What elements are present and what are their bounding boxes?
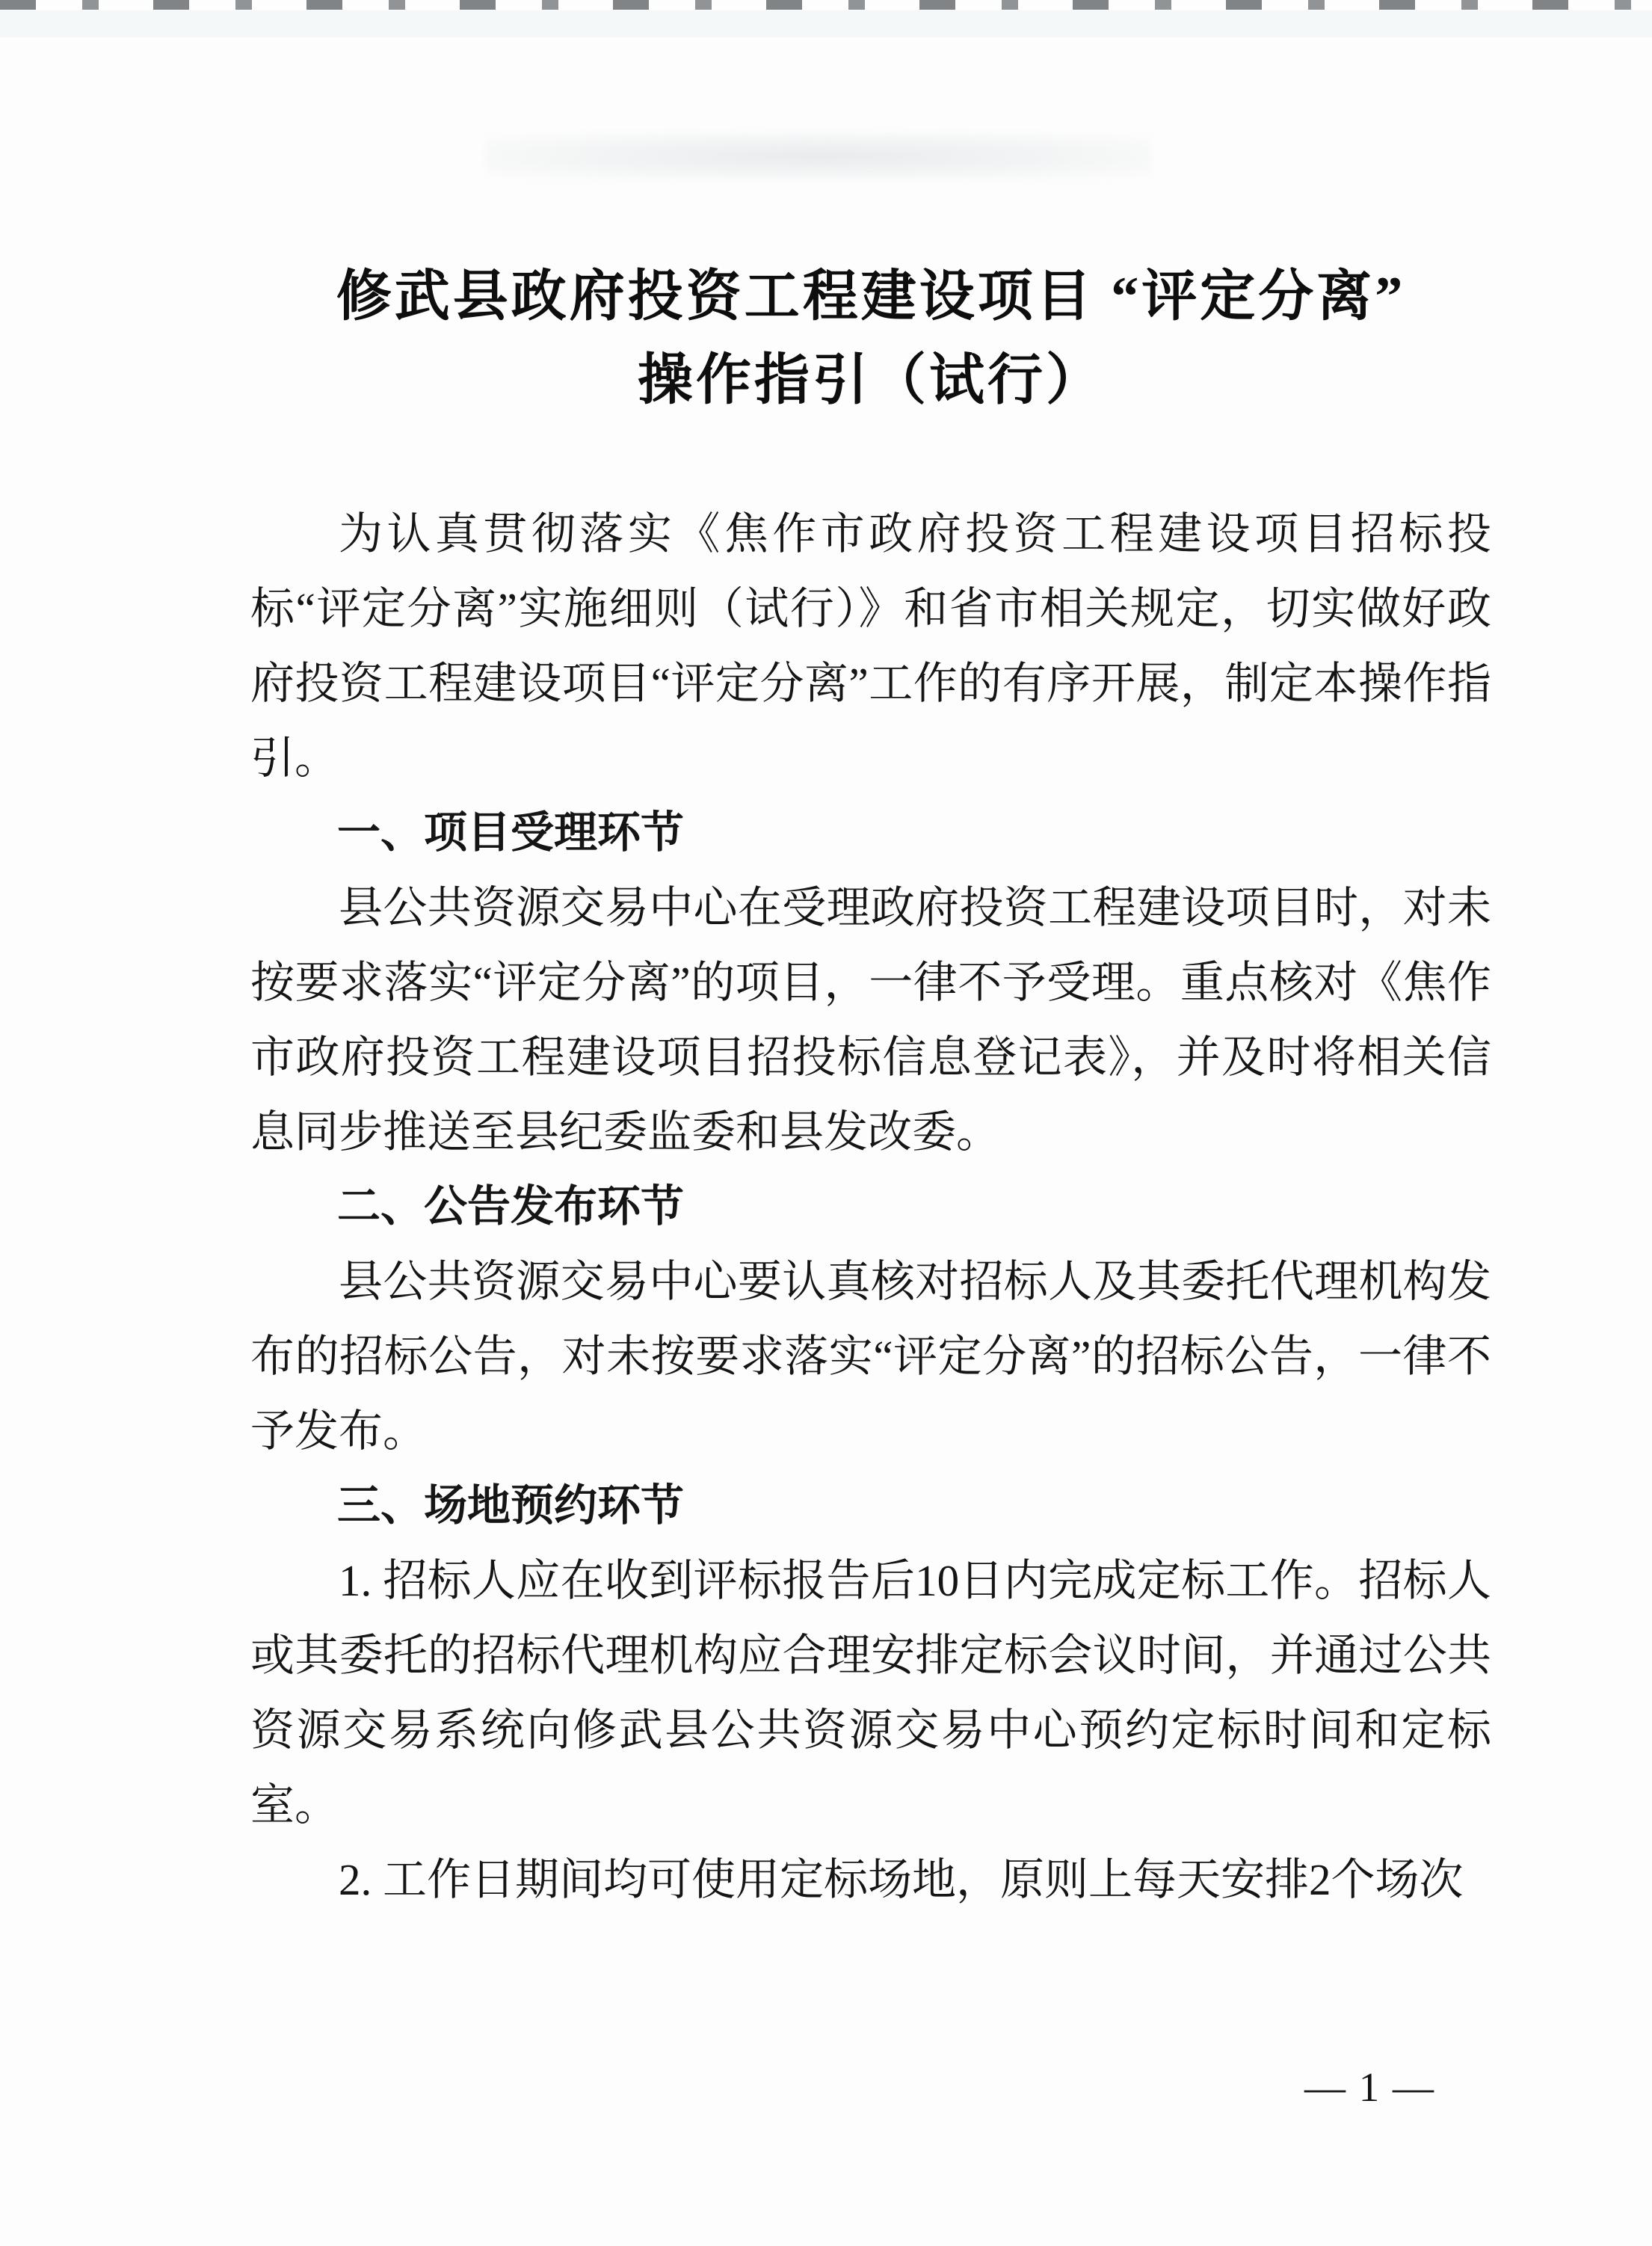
section-heading-project-acceptance: 一、项目受理环节 bbox=[250, 796, 1491, 870]
section-heading-announcement-publishing: 二、公告发布环节 bbox=[250, 1169, 1491, 1244]
document-page: 修武县政府投资工程建设项目 “评定分离” 操作指引（试行） 为认真贯彻落实《焦作… bbox=[0, 0, 1652, 2246]
document-title: 修武县政府投资工程建设项目 “评定分离” 操作指引（试行） bbox=[250, 255, 1491, 422]
scan-artifact-band bbox=[0, 10, 1652, 37]
document-title-line1: 修武县政府投资工程建设项目 “评定分离” bbox=[250, 255, 1491, 339]
document-title-line2: 操作指引（试行） bbox=[250, 339, 1491, 422]
paragraph-project-acceptance: 县公共资源交易中心在受理政府投资工程建设项目时，对未按要求落实“评定分离”的项目… bbox=[250, 870, 1491, 1169]
paragraph-venue-reservation-item2: 2. 工作日期间均可使用定标场地，原则上每天安排2个场次 bbox=[250, 1842, 1491, 1917]
document-body: 为认真贯彻落实《焦作市政府投资工程建设项目招标投标“评定分离”实施细则（试行）》… bbox=[250, 496, 1491, 1917]
paragraph-announcement-publishing: 县公共资源交易中心要认真核对招标人及其委托代理机构发布的招标公告，对未按要求落实… bbox=[250, 1244, 1491, 1468]
page-number: — 1 — bbox=[1304, 2065, 1435, 2110]
scan-artifact-smudge bbox=[486, 133, 1151, 179]
scan-artifact-strip bbox=[0, 0, 1652, 10]
paragraph-venue-reservation-item1: 1. 招标人应在收到评标报告后10日内完成定标工作。招标人或其委托的招标代理机构… bbox=[250, 1543, 1491, 1842]
intro-paragraph: 为认真贯彻落实《焦作市政府投资工程建设项目招标投标“评定分离”实施细则（试行）》… bbox=[250, 496, 1491, 796]
section-heading-venue-reservation: 三、场地预约环节 bbox=[250, 1468, 1491, 1543]
